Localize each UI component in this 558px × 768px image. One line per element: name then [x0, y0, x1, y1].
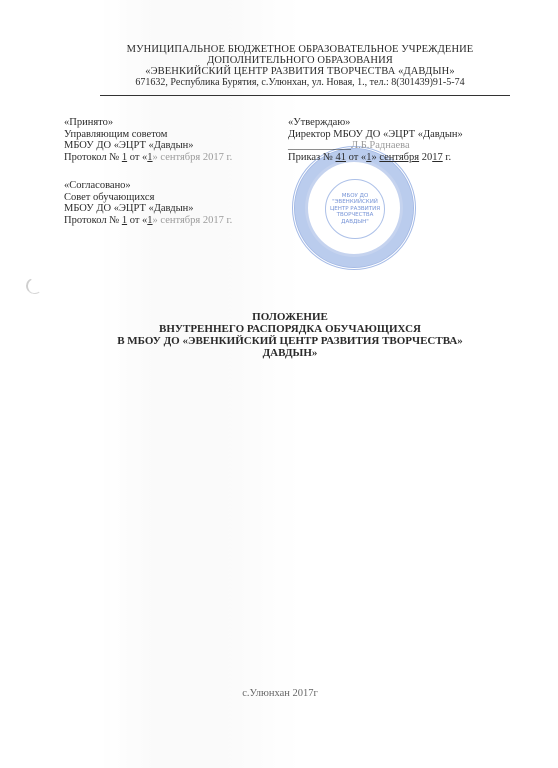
official-stamp: МБОУ ДО "ЭВЕНКИЙСКИЙ ЦЕНТР РАЗВИТИЯ ТВОР… [292, 146, 416, 270]
title-line-3: В МБОУ ДО «ЭВЕНКИЙСКИЙ ЦЕНТР РАЗВИТИЯ ТВ… [80, 335, 500, 347]
stamp-line-5: ДАВДЫН" [341, 219, 369, 226]
approved-order: Приказ № 41 от «1» сентября 2017 г. [288, 152, 463, 164]
title-line-1: ПОЛОЖЕНИЕ [80, 311, 500, 323]
protocol-date: » сентября 2017 г. [153, 152, 233, 163]
year-suffix: 17 [432, 152, 443, 163]
agreed-line-1: Совет обучающихся [64, 192, 232, 204]
signature-line: ____________ [288, 140, 351, 151]
accepted-line-2: МБОУ ДО «ЭЦРТ «Давдын» [64, 140, 232, 152]
approved-signature: ____________Л.Б.Раднаева [288, 140, 463, 152]
approved-block: «Утверждаю» Директор МБОУ ДО «ЭЦРТ «Давд… [288, 117, 463, 163]
accepted-heading: «Принято» [64, 117, 232, 129]
order-prefix: Приказ № [288, 152, 335, 163]
accepted-block: «Принято» Управляющим советом МБОУ ДО «Э… [64, 117, 232, 163]
header-line-1: МУНИЦИПАЛЬНОЕ БЮДЖЕТНОЕ ОБРАЗОВАТЕЛЬНОЕ … [100, 44, 500, 55]
date-prefix: от « [127, 215, 147, 226]
agreed-protocol: Протокол № 1 от «1» сентября 2017 г. [64, 215, 232, 227]
header-line-3: «ЭВЕНКИЙСКИЙ ЦЕНТР РАЗВИТИЯ ТВОРЧЕСТВА «… [100, 66, 500, 77]
accepted-protocol: Протокол № 1 от «1» сентября 2017 г. [64, 152, 232, 164]
date-prefix: от « [127, 152, 147, 163]
agreed-line-2: МБОУ ДО «ЭЦРТ «Давдын» [64, 203, 232, 215]
title-line-2: ВНУТРЕННЕГО РАСПОРЯДКА ОБУЧАЮЩИХСЯ [80, 323, 500, 335]
agreed-heading: «Согласовано» [64, 180, 232, 192]
year-end: г. [443, 152, 451, 163]
approved-line-1: Директор МБОУ ДО «ЭЦРТ «Давдын» [288, 129, 463, 141]
date-prefix: от « [346, 152, 366, 163]
agreed-block: «Согласовано» Совет обучающихся МБОУ ДО … [64, 180, 232, 226]
punch-hole-mark [25, 277, 45, 296]
title-line-4: ДАВДЫН» [80, 347, 500, 359]
signer-name: Л.Б.Раднаева [351, 140, 410, 151]
order-number: 41 [335, 152, 346, 163]
header-divider [100, 95, 510, 96]
accepted-org: МБОУ ДО «ЭЦРТ «Давдын» [64, 140, 194, 151]
header-address: 671632, Республика Бурятия, с.Улюнхан, у… [100, 77, 500, 88]
header-line-2: ДОПОЛНИТЕЛЬНОГО ОБРАЗОВАНИЯ [100, 55, 500, 66]
accepted-line-1: Управляющим советом [64, 129, 232, 141]
organization-header: МУНИЦИПАЛЬНОЕ БЮДЖЕТНОЕ ОБРАЗОВАТЕЛЬНОЕ … [100, 44, 500, 88]
place-and-year: с.Улюнхан 2017г [220, 688, 340, 699]
stamp-center: МБОУ ДО "ЭВЕНКИЙСКИЙ ЦЕНТР РАЗВИТИЯ ТВОР… [325, 179, 385, 239]
approved-heading: «Утверждаю» [288, 117, 463, 129]
protocol-prefix: Протокол № [64, 152, 122, 163]
protocol-prefix: Протокол № [64, 215, 122, 226]
scan-shading [100, 0, 300, 768]
document-title: ПОЛОЖЕНИЕ ВНУТРЕННЕГО РАСПОРЯДКА ОБУЧАЮЩ… [80, 311, 500, 359]
protocol-date: » сентября 2017 г. [153, 215, 233, 226]
year-prefix: 20 [419, 152, 432, 163]
order-month: сентября [379, 152, 419, 163]
